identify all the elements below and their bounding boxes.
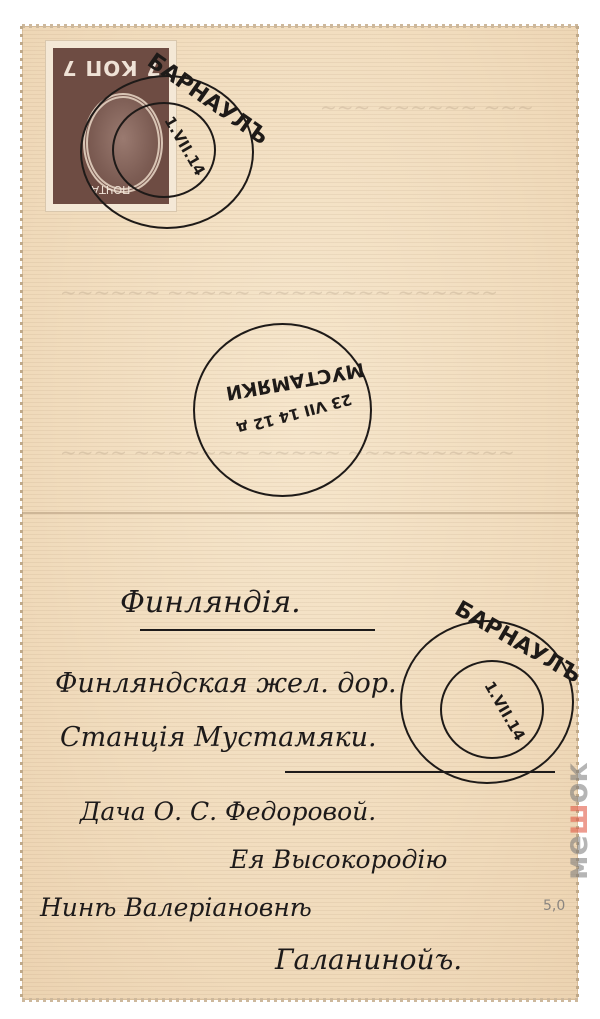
show-through-text: ~~~ ~~~~~~ ~~~ — [320, 95, 534, 119]
address-recipient-surname: Галанинойъ. — [275, 943, 462, 976]
address-recipient-name: Нинѣ Валеріановнѣ — [40, 893, 312, 922]
perforation-bottom — [22, 998, 578, 1002]
postmark-barnaul-top: БАРНАУЛЪ 1.VII.14 — [80, 75, 254, 229]
address-station: Станція Мустамяки. — [60, 722, 377, 753]
postmark-mustamyaki: МУСТАМЯКИ 23 VII 14 12 д — [193, 323, 372, 497]
watermark-logo: мешок — [560, 762, 595, 880]
watermark-text: ме — [560, 835, 595, 880]
show-through-text: ~~~~~~ ~~~~~ ~~~~~~~~ ~~~~~~ — [60, 280, 498, 304]
address-railway: Финляндская жел. дор. — [55, 668, 397, 699]
address-country: Финляндія. — [120, 585, 301, 620]
pencil-note: 5,0 — [543, 898, 565, 914]
watermark-accent: ш — [560, 803, 595, 835]
address-dacha: Дача О. С. Федоровой. — [80, 797, 376, 826]
fold-line — [22, 512, 578, 514]
postmark-barnaul-bottom: БАРНАУЛЪ 1.VII.14 — [400, 620, 574, 784]
watermark-text: ок — [560, 762, 595, 803]
address-honorific: Ея Высокородію — [230, 845, 447, 874]
underline — [140, 629, 375, 631]
perforation-top — [22, 24, 578, 28]
underline — [285, 771, 555, 773]
